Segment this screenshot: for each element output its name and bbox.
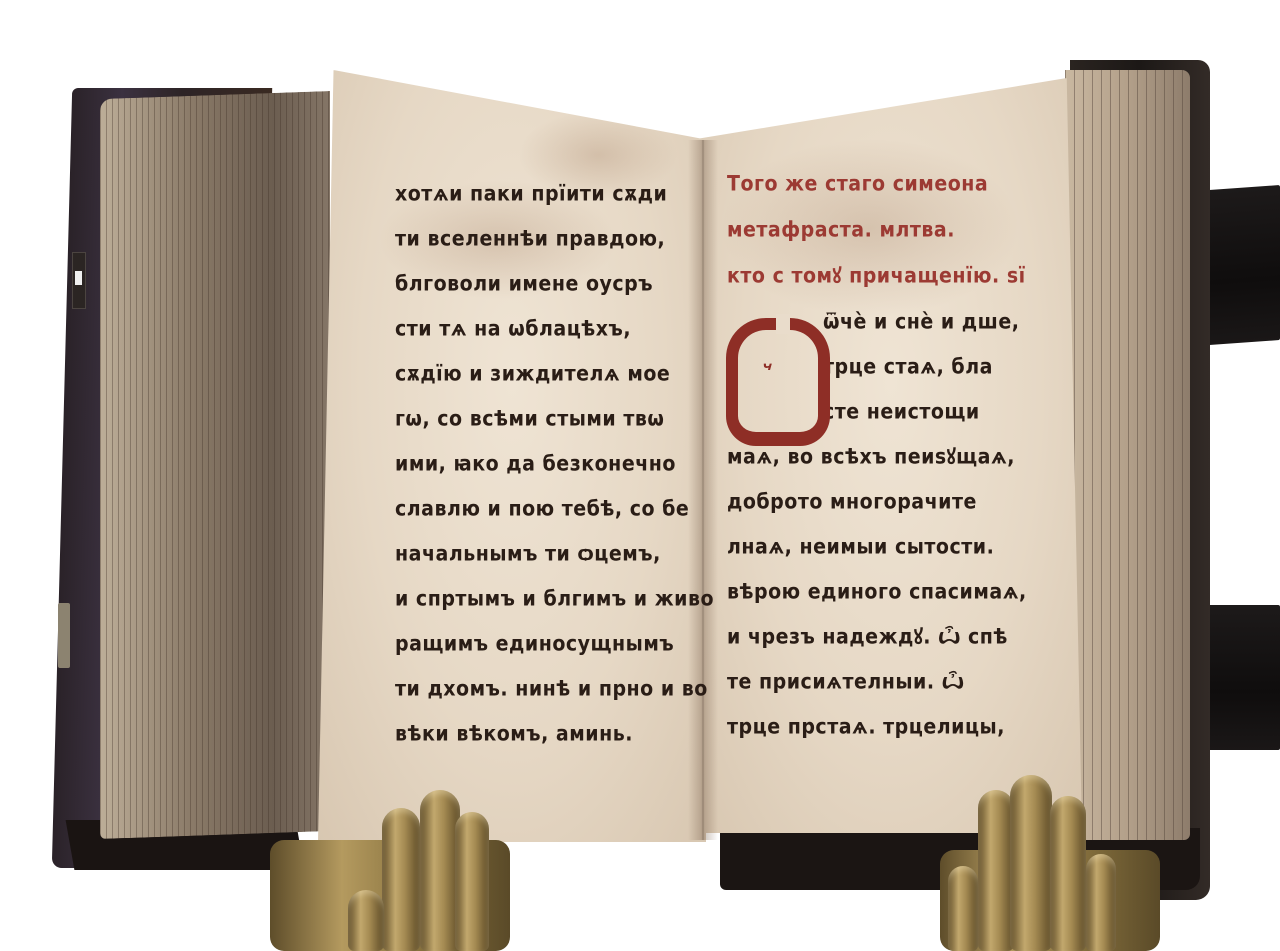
manuscript-line: вѣки вѣкомъ, аминь. bbox=[395, 710, 695, 760]
right-page-edges bbox=[1065, 70, 1190, 840]
left-page-edges bbox=[100, 91, 330, 839]
manuscript-line: блговоли имене оусръ bbox=[395, 260, 695, 310]
clasp-lower bbox=[58, 603, 70, 668]
manuscript-line: хотѧи паки прїити сѫди bbox=[395, 170, 695, 220]
manuscript-line: те присиѧтелныи. ѽ bbox=[727, 658, 1037, 708]
rubric-line: Того же стаго симеона bbox=[727, 160, 1037, 211]
manuscript-line: и спртымъ и блгимъ и живо bbox=[395, 575, 695, 625]
manuscript-line: сѫдїю и зиждителѧ мое bbox=[395, 350, 695, 400]
brass-hand-stand-right bbox=[940, 770, 1160, 951]
manuscript-line: лнаѧ, неимыи сытости. bbox=[727, 523, 1037, 573]
rubric-line: метафраста. млтва. bbox=[727, 206, 1037, 257]
manuscript-line: доброто многорачите bbox=[727, 478, 1037, 528]
manuscript-line: трце прстаѧ. трцелицы, bbox=[727, 703, 1037, 753]
manuscript-line: вѣрою единого спасимаѧ, bbox=[727, 568, 1037, 618]
manuscript-line: сти тѧ на ѡблацѣхъ, bbox=[395, 305, 695, 355]
manuscript-line: ими, ꙗко да безконечно bbox=[395, 440, 695, 490]
manuscript-line: и чрезъ надеждꙋ. ѽ спѣ bbox=[727, 613, 1037, 663]
manuscript-line: ти вселеннѣи правдою, bbox=[395, 215, 695, 265]
brass-hand-stand-left bbox=[270, 780, 510, 951]
clasp-upper bbox=[72, 252, 86, 309]
left-page-text: хотѧи паки прїити сѫди ти вселеннѣи прав… bbox=[395, 172, 695, 757]
manuscript-line: начальнымъ ти ѻцемъ, bbox=[395, 530, 695, 580]
right-page-text: Того же стаго симеона метафраста. млтва.… bbox=[727, 162, 1037, 750]
initial-accent-mark: ꙿ bbox=[758, 355, 778, 401]
rubric-line: кто с томꙋ причащенїю. ѕї bbox=[727, 252, 1037, 303]
manuscript-line: ти дхомъ. нинѣ и прно и во bbox=[395, 665, 695, 715]
photo-scene: хотѧи паки прїити сѫди ти вселеннѣи прав… bbox=[0, 0, 1280, 951]
illuminated-initial-o bbox=[726, 318, 830, 446]
manuscript-line: славлю и пою тебѣ, со бе bbox=[395, 485, 695, 535]
manuscript-line: ращимъ единосущнымъ bbox=[395, 620, 695, 670]
manuscript-line: гѡ, со всѣми стыми твѡ bbox=[395, 395, 695, 445]
